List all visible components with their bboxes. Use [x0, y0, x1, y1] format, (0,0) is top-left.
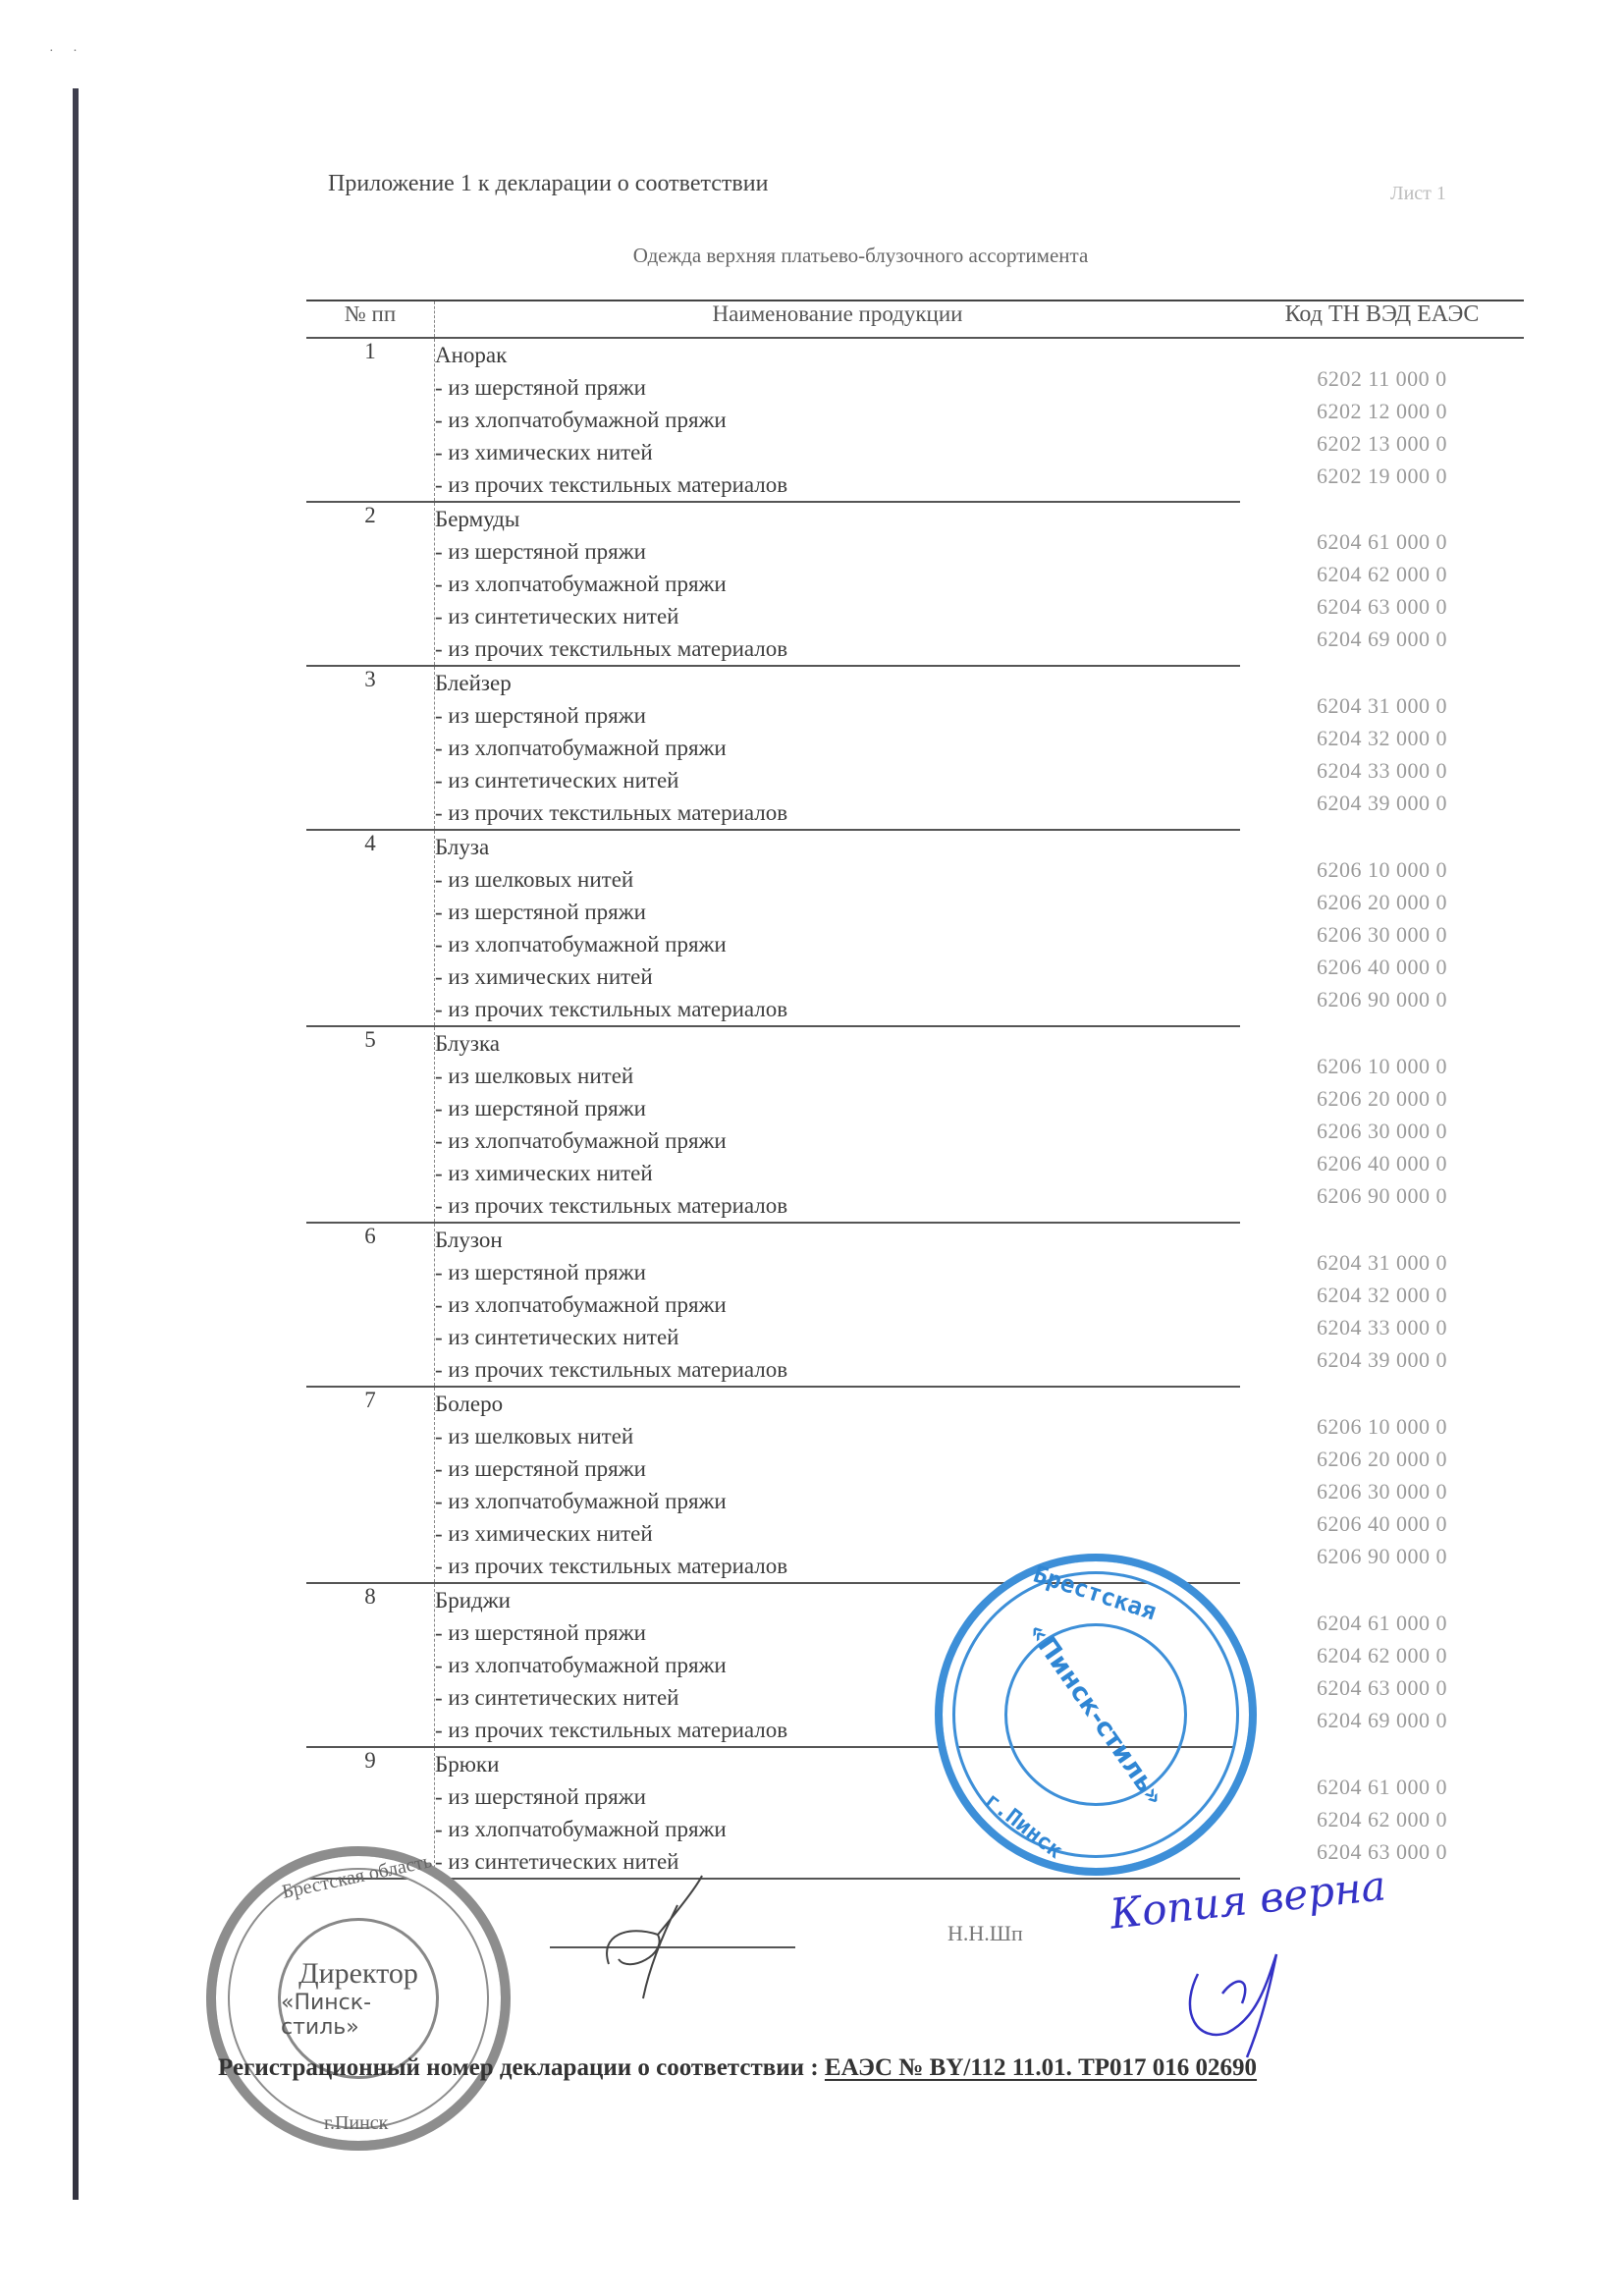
- appendix-title: Приложение 1 к декларации о соответствии: [328, 171, 768, 197]
- table-row: 7Болеро- из шелковых нитей- из шерстяной…: [306, 1387, 1524, 1583]
- product-variant: - из прочих текстильных материалов: [435, 993, 1240, 1025]
- code-cell: 6204 31 000 06204 32 000 06204 33 000 06…: [1240, 1223, 1524, 1387]
- seal-ring-text: Брестская область: [280, 1850, 434, 1904]
- table-row: 5Блузка- из шелковых нитей- из шерстяной…: [306, 1026, 1524, 1223]
- product-cell: Блейзер- из шерстяной пряжи- из хлопчато…: [435, 666, 1241, 830]
- table-row: 3Блейзер- из шерстяной пряжи- из хлопчат…: [306, 666, 1524, 830]
- hs-code: 6204 62 000 0: [1240, 1803, 1524, 1835]
- hs-code: 6206 90 000 0: [1240, 983, 1524, 1015]
- hs-code: 6204 61 000 0: [1240, 525, 1524, 558]
- hs-code: 6204 39 000 0: [1240, 787, 1524, 819]
- product-variant: - из шерстяной пряжи: [435, 371, 1240, 404]
- product-variant: - из хлопчатобумажной пряжи: [435, 732, 1240, 764]
- hs-code: 6204 33 000 0: [1240, 1311, 1524, 1343]
- product-variant: - из шерстяной пряжи: [435, 896, 1240, 928]
- hs-code: 6204 61 000 0: [1240, 1607, 1524, 1639]
- product-variant: - из химических нитей: [435, 436, 1240, 468]
- product-variant: - из прочих текстильных материалов: [435, 468, 1240, 501]
- product-variant: - из хлопчатобумажной пряжи: [435, 1124, 1240, 1157]
- hs-code: 6206 30 000 0: [1240, 918, 1524, 951]
- hs-code: 6206 40 000 0: [1240, 1147, 1524, 1179]
- table-row: 9Брюки- из шерстяной пряжи- из хлопчатоб…: [306, 1747, 1524, 1879]
- table-row: 4Блуза- из шелковых нитей- из шерстяной …: [306, 830, 1524, 1026]
- products-table: № пп Наименование продукции Код ТН ВЭД Е…: [306, 300, 1524, 1880]
- hs-code: 6206 20 000 0: [1240, 886, 1524, 918]
- product-variant: - из синтетических нитей: [435, 1321, 1240, 1353]
- code-cell: 6206 10 000 06206 20 000 06206 30 000 06…: [1240, 1387, 1524, 1583]
- row-number: 1: [306, 338, 435, 502]
- hs-code: 6204 69 000 0: [1240, 623, 1524, 655]
- product-name: Блузон: [435, 1224, 1240, 1256]
- product-name: Анорак: [435, 339, 1240, 371]
- hs-code: 6206 30 000 0: [1240, 1475, 1524, 1507]
- product-cell: Блузка- из шелковых нитей- из шерстяной …: [435, 1026, 1241, 1223]
- hs-code: 6204 33 000 0: [1240, 754, 1524, 787]
- product-cell: Болеро- из шелковых нитей- из шерстяной …: [435, 1387, 1241, 1583]
- hs-code: 6202 11 000 0: [1240, 362, 1524, 395]
- code-cell: 6206 10 000 06206 20 000 06206 30 000 06…: [1240, 830, 1524, 1026]
- seal-company-name: «Пинск-стиль»: [281, 1991, 436, 2040]
- hs-code: 6206 90 000 0: [1240, 1179, 1524, 1212]
- table-body: 1Анорак- из шерстяной пряжи- из хлопчато…: [306, 338, 1524, 1879]
- certifier-signature-icon: [1168, 1925, 1306, 2062]
- hs-code: 6204 32 000 0: [1240, 722, 1524, 754]
- table-row: 8Бриджи- из шерстяной пряжи- из хлопчато…: [306, 1583, 1524, 1747]
- row-number: 8: [306, 1583, 435, 1747]
- hs-code: 6204 31 000 0: [1240, 689, 1524, 722]
- code-cell: 6204 61 000 06204 62 000 06204 63 000 06…: [1240, 1583, 1524, 1747]
- director-initials: Н.Н.Шп: [947, 1921, 1023, 1946]
- product-name: Блуза: [435, 831, 1240, 863]
- hs-code: 6206 10 000 0: [1240, 853, 1524, 886]
- hs-code: 6206 90 000 0: [1240, 1540, 1524, 1572]
- code-cell: 6206 10 000 06206 20 000 06206 30 000 06…: [1240, 1026, 1524, 1223]
- table-row: 1Анорак- из шерстяной пряжи- из хлопчато…: [306, 338, 1524, 502]
- row-number: 2: [306, 502, 435, 666]
- code-cell: 6204 61 000 06204 62 000 06204 63 000 0: [1240, 1747, 1524, 1879]
- hs-code: 6206 10 000 0: [1240, 1050, 1524, 1082]
- hs-code: 6206 20 000 0: [1240, 1082, 1524, 1115]
- product-name: Болеро: [435, 1388, 1240, 1420]
- row-number: 3: [306, 666, 435, 830]
- code-cell: 6202 11 000 06202 12 000 06202 13 000 06…: [1240, 338, 1524, 502]
- product-variant: - из синтетических нитей: [435, 764, 1240, 796]
- director-signature-icon: [589, 1866, 727, 2003]
- column-header-product: Наименование продукции: [435, 301, 1241, 338]
- column-header-code: Код ТН ВЭД ЕАЭС: [1240, 301, 1524, 338]
- hs-code: 6202 12 000 0: [1240, 395, 1524, 427]
- hs-code: 6204 31 000 0: [1240, 1246, 1524, 1279]
- product-cell: Блуза- из шелковых нитей- из шерстяной п…: [435, 830, 1241, 1026]
- product-variant: - из шелковых нитей: [435, 1060, 1240, 1092]
- product-variant: - из шерстяной пряжи: [435, 1452, 1240, 1485]
- hs-code: 6206 40 000 0: [1240, 1507, 1524, 1540]
- code-cell: 6204 61 000 06204 62 000 06204 63 000 06…: [1240, 502, 1524, 666]
- product-cell: Блузон- из шерстяной пряжи- из хлопчатоб…: [435, 1223, 1241, 1387]
- hs-code: 6206 20 000 0: [1240, 1443, 1524, 1475]
- table-header-row: № пп Наименование продукции Код ТН ВЭД Е…: [306, 301, 1524, 338]
- row-number: 6: [306, 1223, 435, 1387]
- product-variant: - из синтетических нитей: [435, 600, 1240, 632]
- scan-edge: [73, 88, 79, 2200]
- product-variant: - из хлопчатобумажной пряжи: [435, 568, 1240, 600]
- product-variant: - из шерстяной пряжи: [435, 1092, 1240, 1124]
- hs-code: 6206 10 000 0: [1240, 1410, 1524, 1443]
- product-variant: - из хлопчатобумажной пряжи: [435, 1485, 1240, 1517]
- hs-code: 6204 62 000 0: [1240, 1639, 1524, 1671]
- director-seal-gray: Директор «Пинск-стиль» Брестская область…: [206, 1846, 511, 2151]
- product-variant: - из прочих текстильных материалов: [435, 1353, 1240, 1386]
- document-subtitle: Одежда верхняя платьево-блузочного ассор…: [0, 244, 1623, 268]
- product-variant: - из шелковых нитей: [435, 1420, 1240, 1452]
- product-name: Блузка: [435, 1027, 1240, 1060]
- company-seal-blue: «Пинск-стиль» Брестская г.Пинск: [935, 1554, 1257, 1876]
- hs-code: 6202 13 000 0: [1240, 427, 1524, 460]
- product-variant: - из шелковых нитей: [435, 863, 1240, 896]
- product-name: Бермуды: [435, 503, 1240, 535]
- product-cell: Бермуды- из шерстяной пряжи- из хлопчато…: [435, 502, 1241, 666]
- hs-code: 6206 40 000 0: [1240, 951, 1524, 983]
- hs-code: 6204 63 000 0: [1240, 590, 1524, 623]
- product-name: Блейзер: [435, 667, 1240, 699]
- hs-code: 6202 19 000 0: [1240, 460, 1524, 492]
- hs-code: 6204 61 000 0: [1240, 1771, 1524, 1803]
- column-header-number: № пп: [306, 301, 435, 338]
- table-row: 2Бермуды- из шерстяной пряжи- из хлопчат…: [306, 502, 1524, 666]
- hs-code: 6204 62 000 0: [1240, 558, 1524, 590]
- product-variant: - из химических нитей: [435, 1157, 1240, 1189]
- hs-code: 6204 63 000 0: [1240, 1671, 1524, 1704]
- seal-inner-ring: «Пинск-стиль»: [1004, 1623, 1187, 1806]
- product-variant: - из шерстяной пряжи: [435, 699, 1240, 732]
- code-cell: 6204 31 000 06204 32 000 06204 33 000 06…: [1240, 666, 1524, 830]
- product-variant: - из шерстяной пряжи: [435, 535, 1240, 568]
- registration-line: Регистрационный номер декларации о соотв…: [218, 2054, 1257, 2082]
- row-number: 5: [306, 1026, 435, 1223]
- registration-number: ЕАЭС № BY/112 11.01. ТР017 016 02690: [825, 2054, 1257, 2081]
- seal-role: Директор: [298, 1957, 418, 1991]
- row-number: 7: [306, 1387, 435, 1583]
- hs-code: 6204 39 000 0: [1240, 1343, 1524, 1376]
- product-variant: - из химических нитей: [435, 960, 1240, 993]
- product-cell: Анорак- из шерстяной пряжи- из хлопчатоб…: [435, 338, 1241, 502]
- product-variant: - из хлопчатобумажной пряжи: [435, 1288, 1240, 1321]
- hs-code: 6204 32 000 0: [1240, 1279, 1524, 1311]
- product-variant: - из хлопчатобумажной пряжи: [435, 404, 1240, 436]
- table-row: 6Блузон- из шерстяной пряжи- из хлопчато…: [306, 1223, 1524, 1387]
- product-variant: - из химических нитей: [435, 1517, 1240, 1550]
- scan-specks: · ·: [49, 44, 85, 60]
- product-variant: - из прочих текстильных материалов: [435, 1189, 1240, 1222]
- seal-ring-text: Брестская: [1030, 1560, 1160, 1626]
- row-number: 4: [306, 830, 435, 1026]
- seal-company-name: «Пинск-стиль»: [1022, 1617, 1170, 1811]
- product-variant: - из прочих текстильных материалов: [435, 632, 1240, 665]
- product-variant: - из прочих текстильных материалов: [435, 796, 1240, 829]
- seal-city: г.Пинск: [324, 2112, 388, 2135]
- product-variant: - из хлопчатобумажной пряжи: [435, 928, 1240, 960]
- sheet-label: Лист 1: [1390, 183, 1446, 205]
- hs-code: 6206 30 000 0: [1240, 1115, 1524, 1147]
- hs-code: 6204 69 000 0: [1240, 1704, 1524, 1736]
- registration-label: Регистрационный номер декларации о соотв…: [218, 2054, 825, 2081]
- product-variant: - из шерстяной пряжи: [435, 1256, 1240, 1288]
